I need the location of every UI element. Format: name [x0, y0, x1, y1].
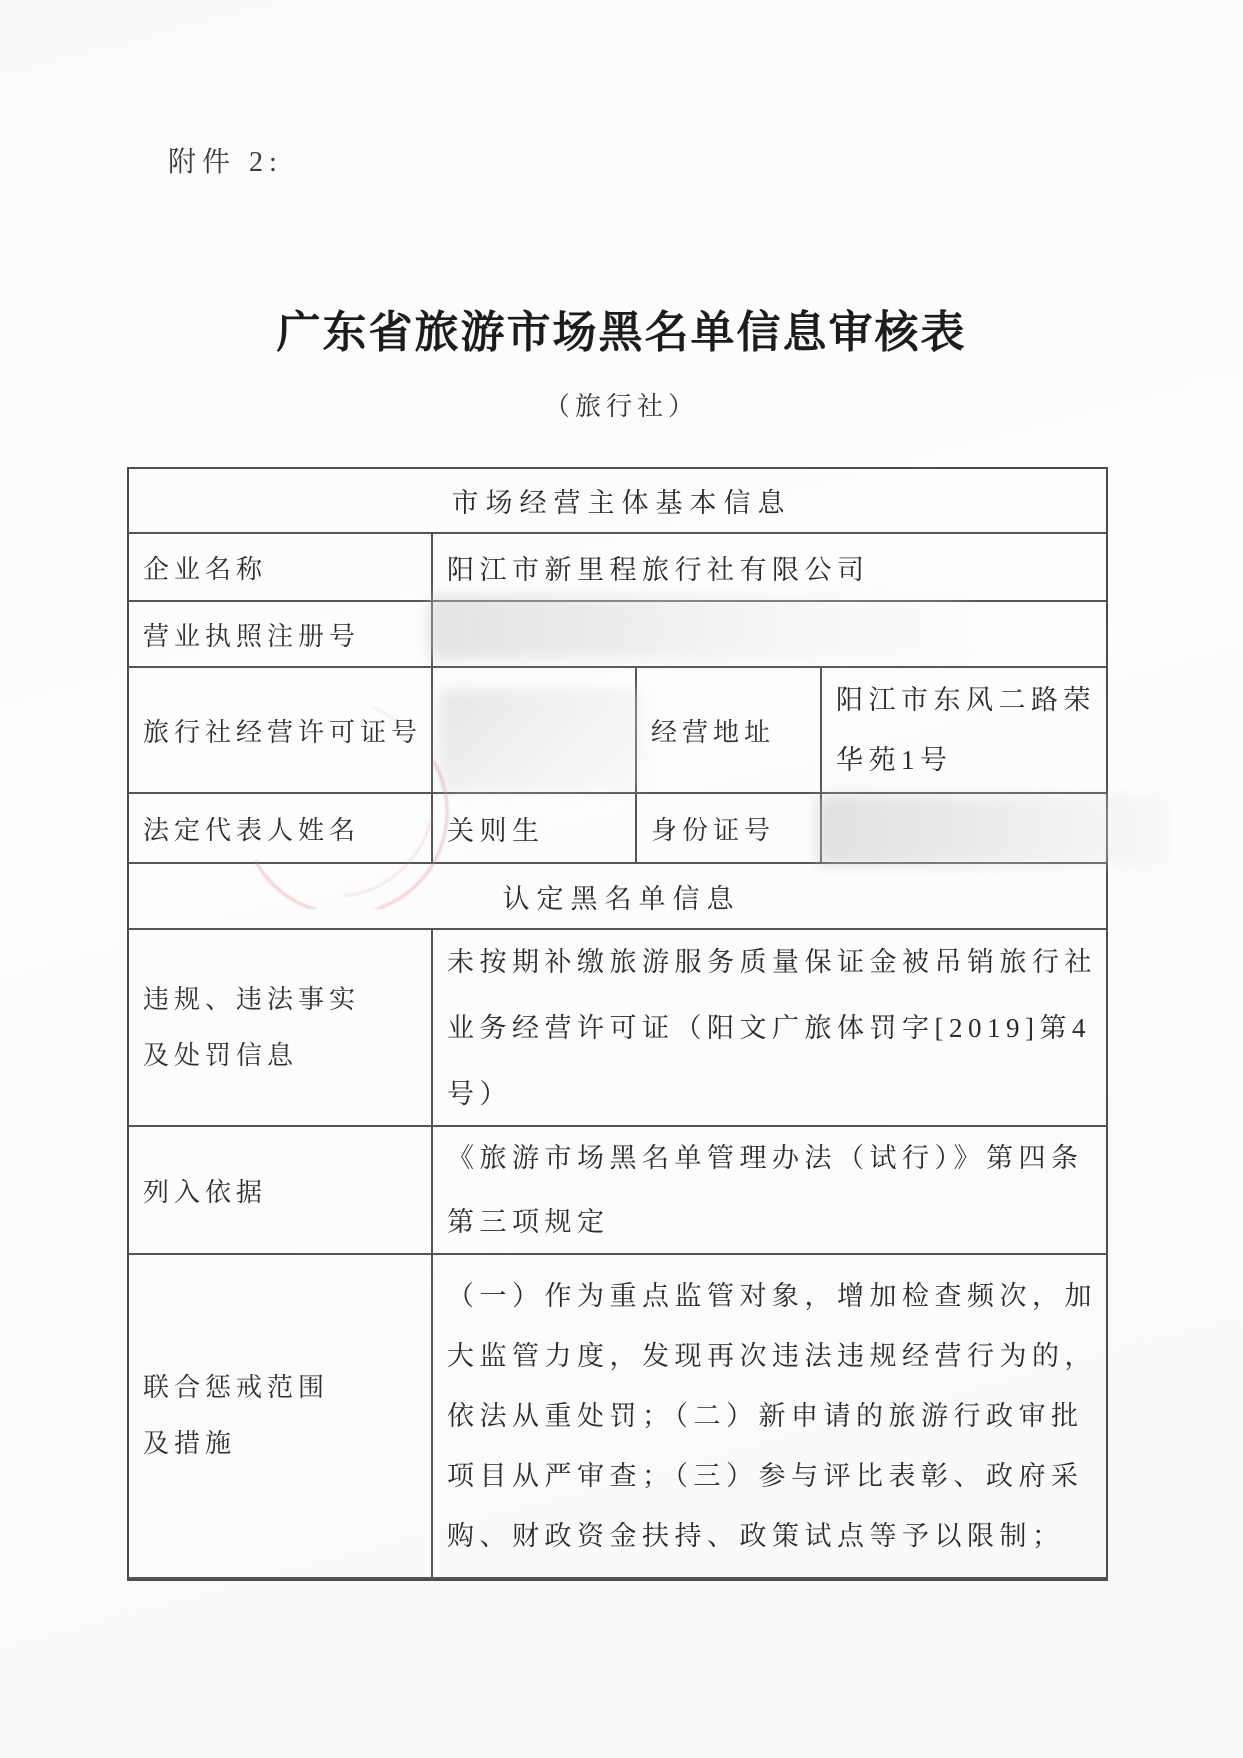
- travel-license-label: 旅行社经营许可证号: [129, 668, 433, 792]
- section-header-basic-info: 市场经营主体基本信息: [129, 469, 1106, 532]
- violation-facts-label-line2: 及处罚信息: [143, 1041, 360, 1071]
- table-row: 联合惩戒范围 及措施 （一）作为重点监管对象，增加检查频次，加大监管力度，发现再…: [129, 1255, 1106, 1579]
- violation-facts-label: 违规、违法事实 及处罚信息: [129, 930, 433, 1125]
- table-row: 企业名称 阳江市新里程旅行社有限公司: [129, 534, 1106, 602]
- business-address-label: 经营地址: [637, 668, 822, 792]
- business-address-value: 阳江市东风二路荣华苑1号: [822, 668, 1106, 792]
- table-row: 营业执照注册号: [129, 602, 1106, 668]
- attachment-label: 附件 2:: [168, 140, 283, 180]
- document-title: 广东省旅游市场黑名单信息审核表: [0, 296, 1243, 360]
- violation-facts-value: 未按期补缴旅游服务质量保证金被吊销旅行社业务经营许可证（阳文广旅体罚字[2019…: [433, 930, 1106, 1125]
- table-row: 法定代表人姓名 关则生 身份证号: [129, 794, 1106, 864]
- scanned-document-page: 附件 2: 广东省旅游市场黑名单信息审核表 （旅行社） 市场经营主体基本信息 企…: [0, 0, 1243, 1758]
- blacklist-review-table: 市场经营主体基本信息 企业名称 阳江市新里程旅行社有限公司 营业执照注册号 旅行…: [127, 467, 1108, 1581]
- joint-punishment-label-line1: 联合惩戒范围: [143, 1373, 329, 1403]
- listing-basis-value: 《旅游市场黑名单管理办法（试行）》第四条第三项规定: [433, 1127, 1106, 1253]
- legal-rep-label: 法定代表人姓名: [129, 794, 433, 862]
- business-license-value-redacted: [433, 602, 1106, 666]
- joint-punishment-label-line2: 及措施: [143, 1429, 329, 1459]
- table-row: 旅行社经营许可证号 经营地址 阳江市东风二路荣华苑1号: [129, 668, 1106, 794]
- section-header-blacklist-info: 认定黑名单信息: [129, 864, 1106, 928]
- joint-punishment-value: （一）作为重点监管对象，增加检查频次，加大监管力度，发现再次违法违规经营行为的，…: [433, 1255, 1106, 1577]
- document-subtitle: （旅行社）: [0, 386, 1243, 423]
- travel-license-value-redacted: [433, 668, 637, 792]
- legal-rep-value: 关则生: [433, 794, 637, 862]
- violation-facts-label-line1: 违规、违法事实: [143, 985, 360, 1015]
- joint-punishment-label: 联合惩戒范围 及措施: [129, 1255, 433, 1577]
- business-license-label: 营业执照注册号: [129, 602, 433, 666]
- table-row: 列入依据 《旅游市场黑名单管理办法（试行）》第四条第三项规定: [129, 1127, 1106, 1255]
- listing-basis-label: 列入依据: [129, 1127, 433, 1253]
- table-row: 违规、违法事实 及处罚信息 未按期补缴旅游服务质量保证金被吊销旅行社业务经营许可…: [129, 930, 1106, 1127]
- company-name-value: 阳江市新里程旅行社有限公司: [433, 534, 1106, 600]
- company-name-label: 企业名称: [129, 534, 433, 600]
- id-number-label: 身份证号: [637, 794, 822, 862]
- id-number-value-redacted: [822, 794, 1106, 862]
